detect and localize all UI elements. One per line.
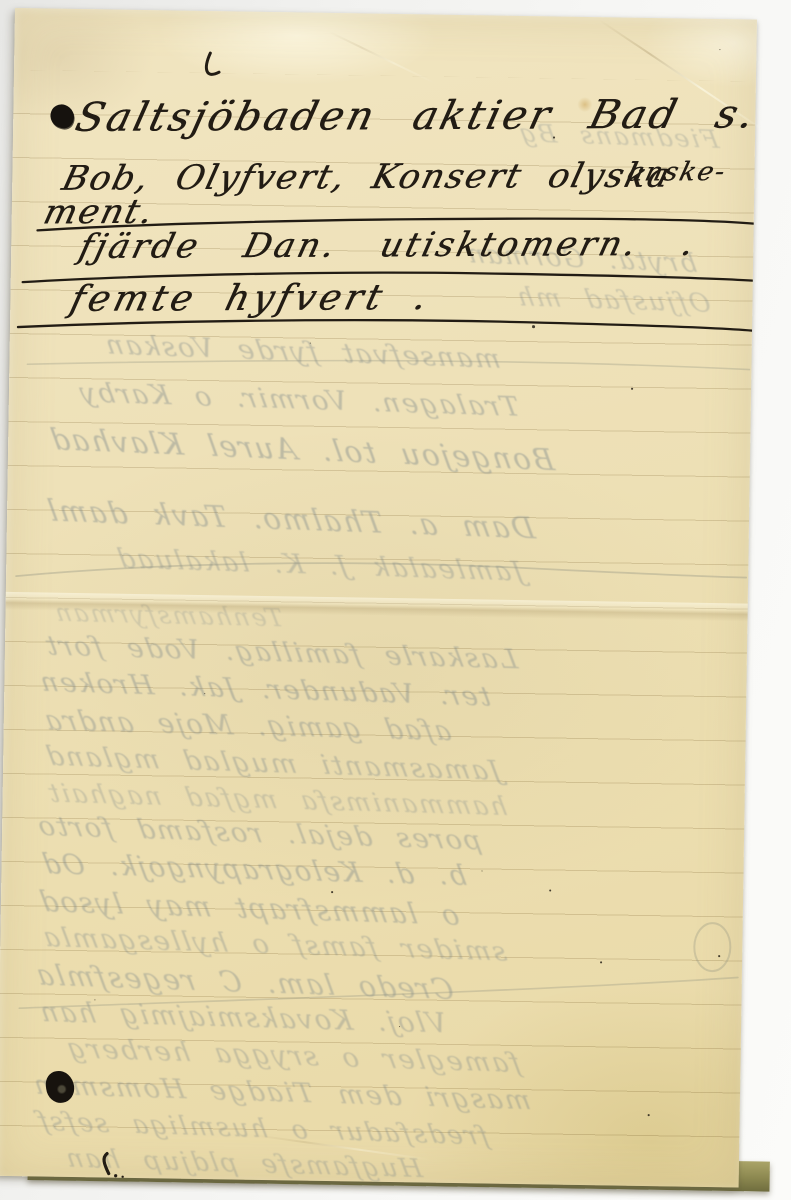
paper-speck — [532, 325, 535, 328]
handwritten-line-5: femte hyfvert . — [66, 277, 435, 320]
paper-speck — [648, 1114, 650, 1116]
handwritten-line-2b: anske- — [624, 157, 729, 187]
manuscript-page: Fiedmans Bgbryta. GormanOfjusfad mhmanse… — [0, 8, 757, 1188]
paper-speck — [631, 388, 633, 390]
handwritten-line-1: Saltsjöbaden aktier Bad s. — [71, 92, 761, 141]
paper-speck — [331, 891, 333, 893]
paper-speck — [719, 49, 720, 50]
bleedthrough-layer: Fiedmans Bgbryta. GormanOfjusfad mhmanse… — [15, 8, 757, 20]
handwritten-line-4: fjärde Dan. utisktomern. . — [75, 224, 701, 267]
scan-background: Fiedmans Bgbryta. GormanOfjusfad mhmanse… — [0, 0, 791, 1200]
paper-speck — [600, 961, 602, 963]
paper-speck — [718, 955, 720, 957]
pen-hook-mark — [206, 53, 219, 74]
ink-dot — [121, 1176, 123, 1178]
paper-speck — [553, 136, 555, 138]
paper-specks — [15, 8, 757, 20]
